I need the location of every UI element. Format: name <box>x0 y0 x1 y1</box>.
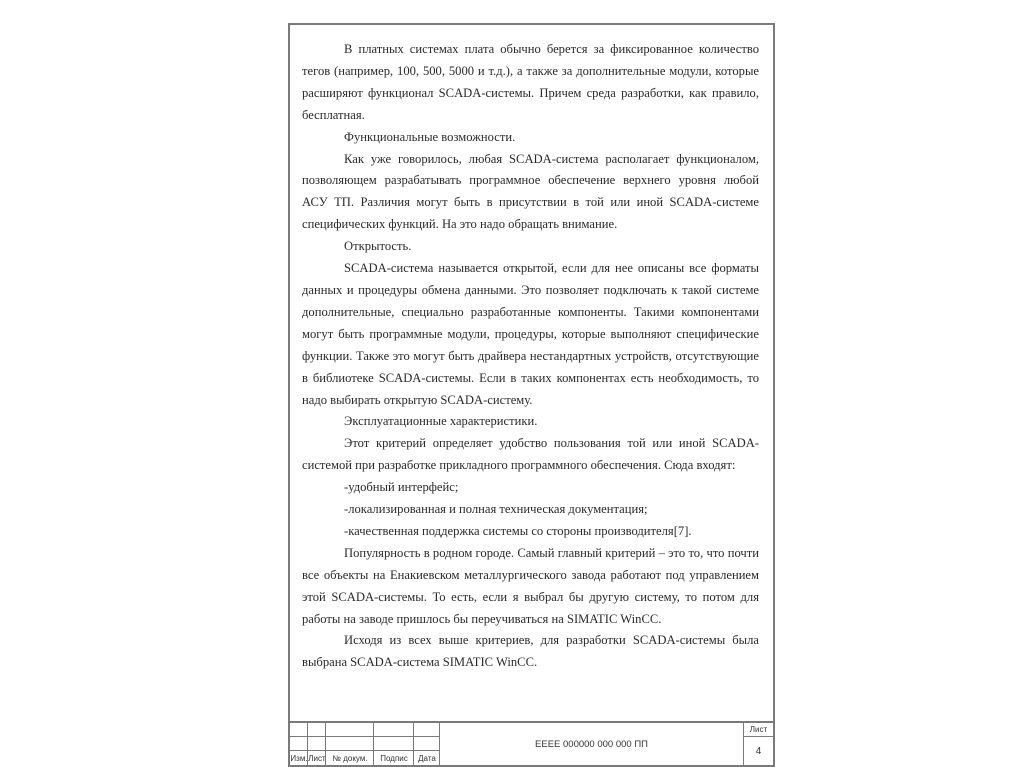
grid-cell <box>414 737 440 751</box>
section-heading: Открытость. <box>302 236 759 258</box>
sheet-number: 4 <box>744 737 773 765</box>
section-heading: Эксплуатационные характеристики. <box>302 411 759 433</box>
list-item: -локализированная и полная техническая д… <box>302 499 759 521</box>
grid-cell <box>308 737 326 751</box>
paragraph: Исходя из всех выше критериев, для разра… <box>302 630 759 674</box>
label-signature: Подпис <box>374 752 414 765</box>
document-body: В платных системах плата обычно берется … <box>302 39 759 674</box>
sheet-box: Лист 4 <box>744 723 773 765</box>
grid-cell <box>290 723 308 737</box>
paragraph: Популярность в родном городе. Самый глав… <box>302 543 759 631</box>
grid-cell <box>374 737 414 751</box>
paragraph: Как уже говорилось, любая SCADA-система … <box>302 149 759 237</box>
list-item: -качественная поддержка системы со сторо… <box>302 521 759 543</box>
paragraph: Этот критерий определяет удобство пользо… <box>302 433 759 477</box>
grid-cell <box>414 723 440 737</box>
sheet-label: Лист <box>744 723 773 737</box>
grid-cell <box>326 737 374 751</box>
grid-cell <box>374 723 414 737</box>
grid-cell <box>308 723 326 737</box>
paragraph: В платных системах плата обычно берется … <box>302 39 759 127</box>
document-code: ЕЕЕЕ 000000 000 000 ПП <box>440 723 744 765</box>
list-item: -удобный интерфейс; <box>302 477 759 499</box>
grid-cell <box>326 723 374 737</box>
label-change: Изм. <box>290 752 308 765</box>
grid-cell <box>290 737 308 751</box>
paragraph: SCADA-система называется открытой, если … <box>302 258 759 411</box>
label-doc-number: № докум. <box>326 752 374 765</box>
document-page: В платных системах плата обычно берется … <box>288 23 775 767</box>
title-block: Изм. Лист № докум. Подпис Дата ЕЕЕЕ 0000… <box>290 721 773 765</box>
section-heading: Функциональные возможности. <box>302 127 759 149</box>
label-sheet: Лист <box>308 752 326 765</box>
label-date: Дата <box>414 752 440 765</box>
